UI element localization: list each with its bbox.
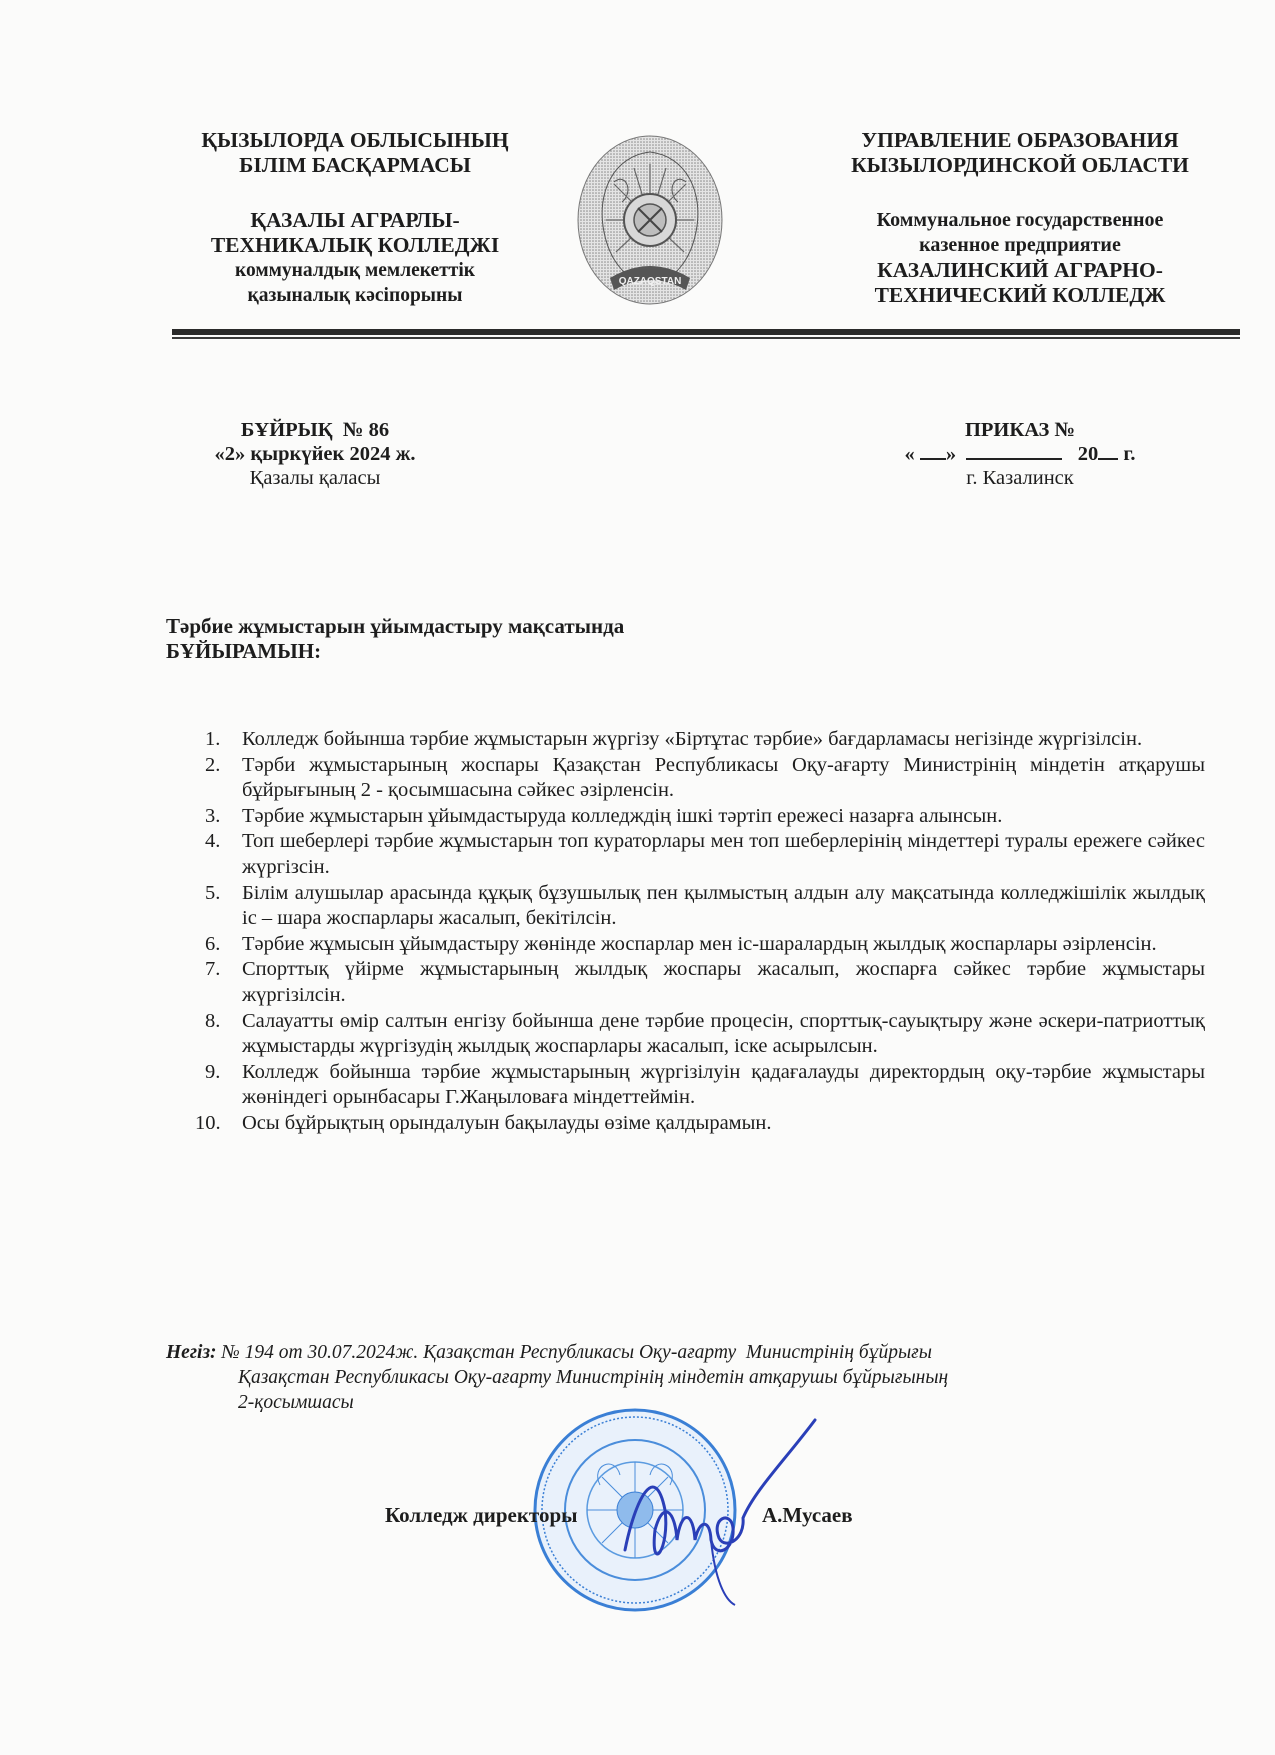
header-kz-college-1: ҚАЗАЛЫ АГРАРЛЫ- (170, 208, 540, 233)
order-ru-city: г. Казалинск (870, 466, 1170, 490)
basis-label: Негіз: (166, 1342, 217, 1363)
list-item: 6. Тәрбие жұмысын ұйымдастыру жөнінде жо… (205, 932, 1205, 958)
header-kz-type-2: қазыналық кәсіпорыны (170, 283, 540, 308)
header-kz-college-2: ТЕХНИКАЛЫҚ КОЛЛЕДЖІ (170, 233, 540, 258)
blank-month-field (966, 442, 1062, 460)
header-ru-block: УПРАВЛЕНИЕ ОБРАЗОВАНИЯ КЫЗЫЛОРДИНСКОЙ ОБ… (800, 128, 1240, 308)
list-item: 10.Осы бұйрықтың орындалуын бақылауды өз… (195, 1111, 1205, 1137)
blank-year-field (1098, 442, 1118, 460)
order-preamble: Тәрбие жұмыстарын ұйымдастыру мақсатында… (166, 614, 624, 664)
header-kz-block: ҚЫЗЫЛОРДА ОБЛЫСЫНЫҢ БІЛІМ БАСҚАРМАСЫ ҚАЗ… (170, 128, 540, 308)
order-directive: БҰЙЫРАМЫН: (166, 639, 624, 664)
header-ru-type-1: Коммунальное государственное (800, 208, 1240, 233)
order-ru-block: ПРИКАЗ № « » 20 г. г. Казалинск (870, 418, 1170, 490)
order-kz-block: БҰЙРЫҚ № 86 «2» қыркүйек 2024 ж. Қазалы … (170, 418, 460, 490)
order-items-list: 1.Колледж бойынша тәрбие жұмыстарын жүрг… (205, 727, 1205, 1137)
header-kz-department: БІЛІМ БАСҚАРМАСЫ (170, 153, 540, 178)
list-item: 7.Спорттық үйірме жұмыстарының жылдық жо… (205, 957, 1205, 1008)
list-item: 8.Салауатты өмір салтын енгізу бойынша д… (205, 1009, 1205, 1060)
list-item: 9.Колледж бойынша тәрбие жұмыстарының жү… (205, 1060, 1205, 1111)
header-ru-college-1: КАЗАЛИНСКИЙ АГРАРНО- (800, 258, 1240, 283)
header-kz-type-1: коммуналдық мемлекеттік (170, 258, 540, 283)
header-ru-type-2: казенное предприятие (800, 233, 1240, 258)
state-emblem-icon: QAZAQSTAN (574, 132, 726, 308)
list-item: 5.Білім алушылар арасында құқық бұзушылы… (205, 881, 1205, 932)
svg-text:QAZAQSTAN: QAZAQSTAN (619, 276, 682, 287)
header-divider-thin (172, 337, 1240, 339)
signatory-name: А.Мусаев (762, 1503, 853, 1528)
header-ru-department: УПРАВЛЕНИЕ ОБРАЗОВАНИЯ (800, 128, 1240, 153)
order-kz-date: «2» қыркүйек 2024 ж. (170, 442, 460, 466)
basis-line-2: Қазақстан Республикасы Оқу-ағарту Минист… (166, 1365, 1166, 1390)
list-item: 4.Топ шеберлері тәрбие жұмыстарын топ ку… (205, 829, 1205, 880)
list-item: 2.Тәрби жұмыстарының жоспары Қазақстан Р… (205, 753, 1205, 804)
header-kz-region: ҚЫЗЫЛОРДА ОБЛЫСЫНЫҢ (170, 128, 540, 153)
order-purpose: Тәрбие жұмыстарын ұйымдастыру мақсатында (166, 614, 624, 639)
blank-day-field (920, 442, 946, 460)
signatory-title: Колледж директоры (385, 1503, 578, 1528)
order-ru-date: « » 20 г. (870, 442, 1170, 466)
list-item: 3.Тәрбие жұмыстарын ұйымдастыруда коллед… (205, 804, 1205, 830)
list-item: 1.Колледж бойынша тәрбие жұмыстарын жүрг… (205, 727, 1205, 753)
basis-line-1: № 194 от 30.07.2024ж. Қазақстан Республи… (221, 1342, 932, 1363)
header-divider-thick (172, 329, 1240, 335)
order-kz-city: Қазалы қаласы (170, 466, 460, 490)
header-ru-college-2: ТЕХНИЧЕСКИЙ КОЛЛЕДЖ (800, 283, 1240, 308)
header-ru-region: КЫЗЫЛОРДИНСКОЙ ОБЛАСТИ (800, 153, 1240, 178)
order-ru-number: ПРИКАЗ № (870, 418, 1170, 442)
order-kz-number: БҰЙРЫҚ № 86 (170, 418, 460, 442)
